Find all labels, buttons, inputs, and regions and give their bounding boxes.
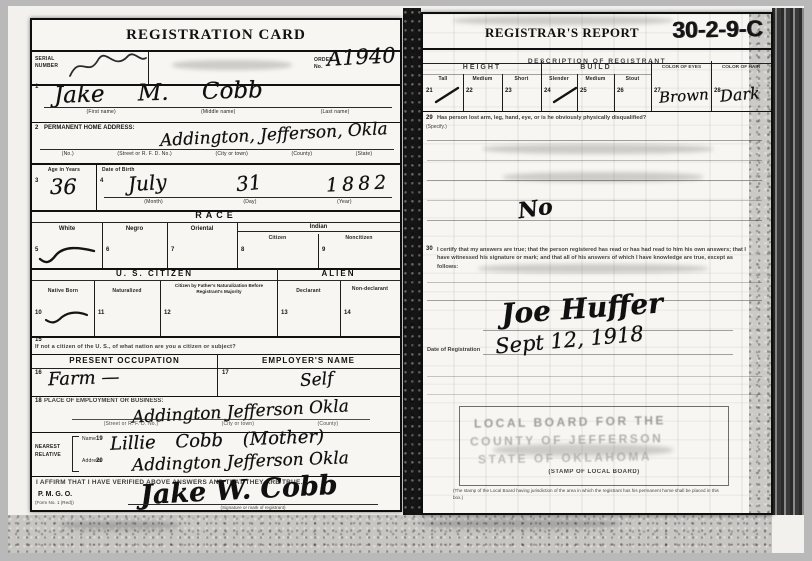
stamp-line-3: STATE OF OKLAHOMA (478, 449, 652, 466)
race-section: RACE White Negro Oriental Indian Citizen… (32, 210, 400, 270)
eyes-value: Brown (658, 85, 709, 106)
citizen-number-12: 12 (164, 310, 171, 316)
desc-number-24: 24 (544, 88, 551, 94)
desc-subheader-rule (423, 74, 651, 75)
dob-sublabels: (Month) (Day) (Year) (104, 197, 392, 205)
scanned-document-page: REGISTRATION CARD SERIAL NUMBER ORDER No… (0, 0, 812, 561)
place-city-sublabel: (City or town) (222, 421, 255, 427)
field-number-16: 16 (35, 370, 42, 376)
blank-rule (427, 180, 762, 181)
race-number-9: 9 (322, 247, 325, 253)
race-indian-label: Indian (237, 224, 400, 232)
desc-number-21: 21 (426, 88, 433, 94)
race-negro-label: Negro (102, 226, 167, 232)
citizen-number-13: 13 (281, 310, 288, 316)
field-number-17: 17 (222, 370, 229, 376)
serial-number-label: SERIAL NUMBER (35, 56, 65, 69)
height-header: HEIGHT (423, 64, 541, 71)
citizen-number-10: 10 (35, 310, 42, 316)
local-board-stamp-box: LOCAL BOARD FOR THE COUNTY OF JEFFERSON … (459, 406, 729, 486)
blank-rule (427, 200, 762, 201)
blank-rule (427, 394, 762, 395)
age-header: Age in Years (32, 167, 96, 173)
race-title: RACE (32, 210, 400, 220)
dob-day-value: 31 (235, 170, 263, 197)
race-white-checkmark (36, 245, 98, 265)
scan-noise (60, 521, 180, 530)
order-number-value: A1940 (327, 43, 397, 71)
race-indian-noncitizen-label: Noncitizen (318, 235, 400, 241)
height-tall-checkmark (433, 85, 461, 105)
form-number-label: (Form No. 1 (Red)) (35, 500, 74, 505)
blank-rule (427, 282, 762, 283)
non-declarant-label: Non-declarant (340, 286, 400, 293)
height-tall-label: Tall (423, 76, 463, 82)
age-value: 36 (50, 175, 77, 199)
home-address-value: Addington, Jefferson, Okla (160, 119, 389, 151)
native-born-label: Native Born (32, 288, 94, 294)
employment-place-row: 18 PLACE OF EMPLOYMENT OR BUSINESS: Addi… (32, 396, 400, 433)
field-number-2: 2 (35, 125, 38, 131)
address-state-sublabel: (State) (356, 151, 372, 157)
height-medium-label: Medium (463, 76, 502, 82)
race-white-label: White (32, 226, 102, 232)
nearest-relative-row: NEAREST RELATIVE Name 19 Address 20 Lill… (32, 432, 400, 477)
dob-year-sublabel: (Year) (337, 199, 352, 205)
board-stamp-code: 30-2-9-C (672, 15, 763, 44)
line29-answer: No (516, 194, 554, 225)
naturalized-label: Naturalized (94, 288, 160, 294)
field-number-3: 3 (35, 178, 38, 184)
line15-row: 15 If not a citizen of the U. S., of wha… (32, 336, 400, 355)
scan-noise (420, 519, 620, 529)
registration-date-label: Date of Registration (427, 347, 480, 353)
citizenship-header-rule (32, 280, 400, 281)
alien-header: ALIEN (277, 269, 400, 278)
scan-noise (453, 16, 673, 25)
stamp-line-1: LOCAL BOARD FOR THE (474, 413, 666, 430)
employer-value: Self (299, 369, 334, 391)
stamp-box-caption: (STAMP OF LOCAL BOARD) (460, 469, 728, 475)
blank-rule (483, 354, 733, 355)
field-number-19: 19 (96, 436, 103, 442)
hair-value: Dark (719, 83, 760, 105)
height-short-label: Short (502, 76, 541, 82)
desc-number-26: 26 (617, 88, 624, 94)
line15-text: If not a citizen of the U. S., of what n… (35, 344, 236, 350)
build-medium-label: Medium (577, 76, 614, 82)
race-table: White Negro Oriental Indian Citizen Nonc… (32, 222, 400, 268)
citizenship-section: U. S. CITIZEN ALIEN Native Born Naturali… (32, 268, 400, 338)
desc-number-25: 25 (580, 88, 587, 94)
field-number-4: 4 (100, 178, 103, 184)
scan-noise (172, 60, 292, 70)
name-sublabels: (First name) (Middle name) (Last name) (44, 107, 392, 115)
registrars-report-title: REGISTRAR'S REPORT (485, 25, 639, 41)
race-number-6: 6 (106, 247, 109, 253)
build-slender-checkmark (551, 85, 579, 105)
race-number-7: 7 (171, 247, 174, 253)
scan-right-band (772, 8, 804, 515)
pmgo-label: P. M. G. O. (38, 491, 72, 498)
home-address-sublabels: (No.) (Street or R. F. D. No.) (City or … (40, 149, 394, 157)
eyes-header: COLOR OF EYES (652, 65, 711, 72)
citizenship-divider (160, 281, 161, 336)
employment-place-sublabels: (Street or R. F. D. No.) (City or town) … (72, 419, 370, 427)
occupation-header-row: PRESENT OCCUPATION EMPLOYER'S NAME (32, 354, 400, 369)
serial-number-scribble (64, 48, 150, 84)
blank-rule (427, 160, 762, 161)
dob-month-sublabel: (Month) (144, 199, 163, 205)
occupation-value: Farm — (48, 367, 120, 390)
citizen-number-14: 14 (344, 310, 351, 316)
stamp-fine-print: (The stamp of the Local Board having jur… (453, 488, 729, 502)
build-stout-label: Stout (614, 76, 651, 82)
line30-text: I certify that my answers are true; that… (437, 246, 747, 271)
registration-card: REGISTRATION CARD SERIAL NUMBER ORDER No… (30, 18, 402, 512)
race-indian-citizen-label: Citizen (237, 235, 318, 241)
registrant-name-value: Jake M. Cobb (54, 77, 263, 108)
blank-rule (427, 220, 762, 221)
description-table: HEIGHT BUILD COLOR OF EYES COLOR OF HAIR… (423, 61, 771, 112)
home-address-row: 2 PERMANENT HOME ADDRESS: Addington, Jef… (32, 123, 400, 165)
address-city-sublabel: (City or town) (215, 151, 248, 157)
scan-gutter-band (403, 8, 421, 515)
first-name-sublabel: (First name) (87, 109, 116, 115)
present-occupation-header: PRESENT OCCUPATION (32, 356, 217, 365)
place-street-sublabel: (Street or R. F. D. No.) (104, 421, 159, 427)
citizenship-divider (277, 268, 278, 336)
scan-noise (483, 144, 713, 154)
native-born-checkmark (42, 310, 90, 326)
desc-number-22: 22 (466, 88, 473, 94)
address-no-sublabel: (No.) (62, 151, 74, 157)
blank-rule (427, 140, 762, 141)
us-citizen-header: U. S. CITIZEN (32, 269, 277, 278)
dob-month-value: July (127, 170, 167, 197)
dob-day-sublabel: (Day) (243, 199, 256, 205)
field-number-15: 15 (35, 337, 42, 343)
age-cell: Age in Years 3 36 (32, 165, 97, 210)
line29-specify-label: (Specify.) (426, 124, 447, 130)
registration-card-title: REGISTRATION CARD (32, 27, 400, 44)
last-name-sublabel: (Last name) (321, 109, 350, 115)
citizen-number-11: 11 (98, 310, 104, 316)
hair-header: COLOR OF HAIR (712, 65, 770, 72)
declarant-label: Declarant (277, 288, 340, 294)
field-number-30: 30 (426, 246, 433, 252)
employers-name-header: EMPLOYER'S NAME (217, 356, 400, 365)
nearest-relative-label: NEAREST RELATIVE (35, 444, 69, 459)
home-address-label: PERMANENT HOME ADDRESS: (44, 125, 134, 131)
race-oriental-label: Oriental (167, 226, 237, 232)
dob-cell: Date of Birth 4 July 31 1882 (Month) (Da… (96, 165, 400, 210)
field-number-1: 1 (35, 84, 38, 90)
occupation-value-row: 16 Farm — 17 Self (32, 368, 400, 397)
stamp-line-2: COUNTY OF JEFFERSON (470, 431, 664, 448)
relative-bracket (72, 436, 79, 472)
employment-place-label: PLACE OF EMPLOYMENT OR BUSINESS: (44, 398, 163, 404)
occupation-divider (217, 354, 218, 396)
field-number-20: 20 (96, 458, 103, 464)
build-slender-label: Slender (541, 76, 577, 82)
registrant-signature-sublabel: (Signature or mark of registrant) (128, 505, 378, 510)
field-number-18: 18 (35, 398, 42, 404)
build-header: BUILD (541, 64, 651, 71)
race-number-8: 8 (241, 247, 244, 253)
middle-name-sublabel: (Middle name) (201, 109, 236, 115)
relative-name-sublabel: Name (82, 436, 96, 442)
field-number-29: 29 (426, 115, 433, 121)
blank-rule (427, 376, 762, 377)
race-indian-divider (318, 234, 319, 268)
address-county-sublabel: (County) (292, 151, 313, 157)
address-street-sublabel: (Street or R. F. D. No.) (117, 151, 172, 157)
serial-row-divider (148, 52, 149, 84)
dob-year-value: 1882 (325, 171, 390, 196)
name-row: 1 Jake M. Cobb (First name) (Middle name… (32, 82, 400, 123)
line29-text: Has person lost arm, leg, hand, eye, or … (437, 115, 761, 121)
age-dob-row: Age in Years 3 36 Date of Birth 4 July 3… (32, 165, 400, 212)
citizen-by-father-label: Citizen by Father's Naturalization Befor… (163, 283, 275, 295)
registrars-report-card: REGISTRAR'S REPORT 30-2-9-C DESCRIPTION … (421, 12, 773, 515)
desc-number-23: 23 (505, 88, 512, 94)
